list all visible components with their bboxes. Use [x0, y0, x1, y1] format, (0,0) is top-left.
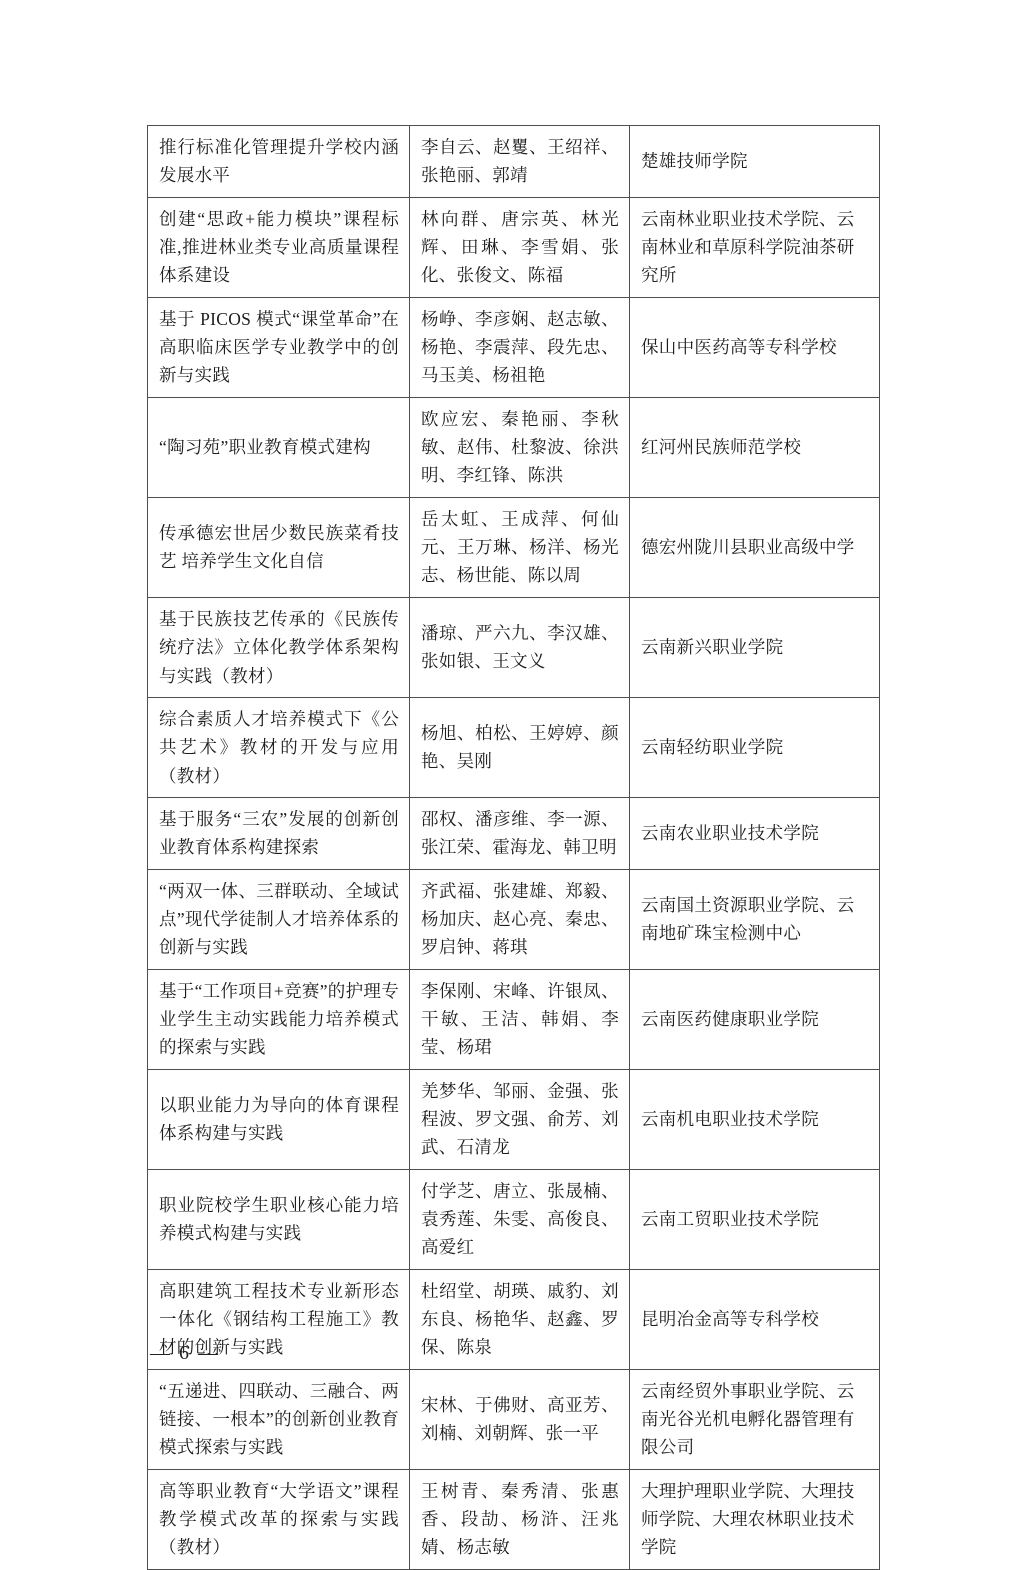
table-row: 推行标准化管理提升学校内涵发展水平 李自云、赵矍、王绍祥、张艳丽、郭靖 楚雄技师… [148, 126, 880, 198]
institution-cell: 德宏州陇川县职业高级中学 [630, 497, 880, 597]
institution-cell: 云南经贸外事职业学院、云南光谷光机电孵化器管理有限公司 [630, 1369, 880, 1469]
project-title-cell: 推行标准化管理提升学校内涵发展水平 [148, 126, 410, 198]
project-title-cell: “陶习苑”职业教育模式建构 [148, 397, 410, 497]
document-page: 推行标准化管理提升学校内涵发展水平 李自云、赵矍、王绍祥、张艳丽、郭靖 楚雄技师… [0, 0, 1024, 1448]
project-title-cell: 综合素质人才培养模式下《公共艺术》教材的开发与应用（教材） [148, 697, 410, 797]
project-title-cell: 职业院校学生职业核心能力培养模式构建与实践 [148, 1169, 410, 1269]
project-title-cell: “五递进、四联动、三融合、两链接、一根本”的创新创业教育模式探索与实践 [148, 1369, 410, 1469]
project-title-cell: 基于民族技艺传承的《民族传统疗法》立体化教学体系架构与实践（教材） [148, 597, 410, 697]
project-title-cell: 创建“思政+能力模块”课程标准,推进林业类专业高质量课程体系建设 [148, 197, 410, 297]
project-title-cell: 高等职业教育“大学语文”课程教学模式改革的探索与实践（教材） [148, 1469, 410, 1569]
award-project-table: 推行标准化管理提升学校内涵发展水平 李自云、赵矍、王绍祥、张艳丽、郭靖 楚雄技师… [147, 125, 880, 1570]
institution-cell: 保山中医药高等专科学校 [630, 297, 880, 397]
project-title-cell: 传承德宏世居少数民族菜肴技艺 培养学生文化自信 [148, 497, 410, 597]
members-cell: 李保刚、宋峰、许银凤、干敏、王洁、韩娟、李莹、杨珺 [410, 969, 630, 1069]
table-row: 创建“思政+能力模块”课程标准,推进林业类专业高质量课程体系建设 林向群、唐宗英… [148, 197, 880, 297]
institution-cell: 红河州民族师范学校 [630, 397, 880, 497]
members-cell: 齐武福、张建雄、郑毅、杨加庆、赵心亮、秦忠、罗启钟、蒋琪 [410, 869, 630, 969]
table-row: 高职建筑工程技术专业新形态一体化《钢结构工程施工》教材的创新与实践 杜绍堂、胡瑛… [148, 1269, 880, 1369]
members-cell: 付学芝、唐立、张晟楠、袁秀莲、朱雯、高俊良、高爱红 [410, 1169, 630, 1269]
members-cell: 邵权、潘彦维、李一源、张江荣、霍海龙、韩卫明 [410, 797, 630, 869]
members-cell: 林向群、唐宗英、林光辉、田琳、李雪娟、张化、张俊文、陈福 [410, 197, 630, 297]
institution-cell: 云南林业职业技术学院、云南林业和草原科学院油茶研究所 [630, 197, 880, 297]
project-title-cell: 以职业能力为导向的体育课程体系构建与实践 [148, 1069, 410, 1169]
institution-cell: 楚雄技师学院 [630, 126, 880, 198]
table-row: “两双一体、三群联动、全域试点”现代学徒制人才培养体系的创新与实践 齐武福、张建… [148, 869, 880, 969]
members-cell: 岳太虹、王成萍、何仙元、王万琳、杨洋、杨光志、杨世能、陈以周 [410, 497, 630, 597]
award-table-body: 推行标准化管理提升学校内涵发展水平 李自云、赵矍、王绍祥、张艳丽、郭靖 楚雄技师… [148, 126, 880, 1570]
table-row: “五递进、四联动、三融合、两链接、一根本”的创新创业教育模式探索与实践 宋林、于… [148, 1369, 880, 1469]
project-title-cell: 基于“工作项目+竞赛”的护理专业学生主动实践能力培养模式的探索与实践 [148, 969, 410, 1069]
members-cell: 杜绍堂、胡瑛、戚豹、刘东良、杨艳华、赵鑫、罗保、陈泉 [410, 1269, 630, 1369]
table-row: 基于服务“三农”发展的创新创业教育体系构建探索 邵权、潘彦维、李一源、张江荣、霍… [148, 797, 880, 869]
table-row: “陶习苑”职业教育模式建构 欧应宏、秦艳丽、李秋敏、赵伟、杜黎波、徐洪明、李红锋… [148, 397, 880, 497]
project-title-cell: “两双一体、三群联动、全域试点”现代学徒制人才培养体系的创新与实践 [148, 869, 410, 969]
table-row: 综合素质人才培养模式下《公共艺术》教材的开发与应用（教材） 杨旭、柏松、王婷婷、… [148, 697, 880, 797]
institution-cell: 云南轻纺职业学院 [630, 697, 880, 797]
members-cell: 欧应宏、秦艳丽、李秋敏、赵伟、杜黎波、徐洪明、李红锋、陈洪 [410, 397, 630, 497]
table-row: 以职业能力为导向的体育课程体系构建与实践 羌梦华、邹丽、金强、张程波、罗文强、俞… [148, 1069, 880, 1169]
institution-cell: 云南新兴职业学院 [630, 597, 880, 697]
institution-cell: 大理护理职业学院、大理技师学院、大理农林职业技术学院 [630, 1469, 880, 1569]
members-cell: 杨旭、柏松、王婷婷、颜艳、吴刚 [410, 697, 630, 797]
institution-cell: 云南工贸职业技术学院 [630, 1169, 880, 1269]
institution-cell: 云南机电职业技术学院 [630, 1069, 880, 1169]
table-row: 基于民族技艺传承的《民族传统疗法》立体化教学体系架构与实践（教材） 潘琼、严六九… [148, 597, 880, 697]
page-number: — 6 — [150, 1342, 220, 1365]
members-cell: 宋林、于佛财、高亚芳、刘楠、刘朝辉、张一平 [410, 1369, 630, 1469]
project-title-cell: 基于服务“三农”发展的创新创业教育体系构建探索 [148, 797, 410, 869]
institution-cell: 云南医药健康职业学院 [630, 969, 880, 1069]
table-row: 基于 PICOS 模式“课堂革命”在高职临床医学专业教学中的创新与实践 杨峥、李… [148, 297, 880, 397]
members-cell: 杨峥、李彦娴、赵志敏、杨艳、李震萍、段先忠、马玉美、杨祖艳 [410, 297, 630, 397]
table-row: 职业院校学生职业核心能力培养模式构建与实践 付学芝、唐立、张晟楠、袁秀莲、朱雯、… [148, 1169, 880, 1269]
members-cell: 王树青、秦秀清、张惠香、段劼、杨浒、汪兆婧、杨志敏 [410, 1469, 630, 1569]
table-row: 基于“工作项目+竞赛”的护理专业学生主动实践能力培养模式的探索与实践 李保刚、宋… [148, 969, 880, 1069]
members-cell: 李自云、赵矍、王绍祥、张艳丽、郭靖 [410, 126, 630, 198]
table-row: 传承德宏世居少数民族菜肴技艺 培养学生文化自信 岳太虹、王成萍、何仙元、王万琳、… [148, 497, 880, 597]
institution-cell: 云南国土资源职业学院、云南地矿珠宝检测中心 [630, 869, 880, 969]
institution-cell: 云南农业职业技术学院 [630, 797, 880, 869]
members-cell: 潘琼、严六九、李汉雄、张如银、王文义 [410, 597, 630, 697]
table-row: 高等职业教育“大学语文”课程教学模式改革的探索与实践（教材） 王树青、秦秀清、张… [148, 1469, 880, 1569]
members-cell: 羌梦华、邹丽、金强、张程波、罗文强、俞芳、刘武、石清龙 [410, 1069, 630, 1169]
institution-cell: 昆明冶金高等专科学校 [630, 1269, 880, 1369]
project-title-cell: 基于 PICOS 模式“课堂革命”在高职临床医学专业教学中的创新与实践 [148, 297, 410, 397]
